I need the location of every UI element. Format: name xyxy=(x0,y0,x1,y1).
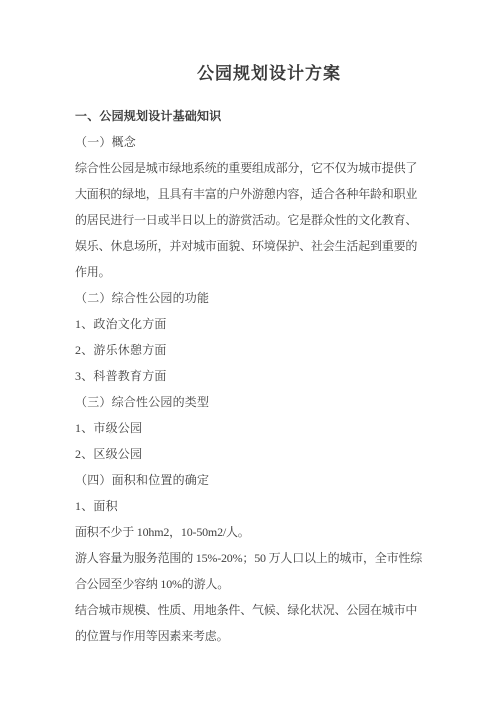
text-line: 2、区级公园 xyxy=(75,441,420,467)
text-line: 1、面积 xyxy=(75,493,420,519)
text-line: （三）综合性公园的类型 xyxy=(75,389,420,415)
text-line: （二）综合性公园的功能 xyxy=(75,285,420,311)
document-title: 公园规划设计方案 xyxy=(0,59,500,84)
text-line: 娱乐、休息场所，并对城市面貌、环境保护、社会生活起到重要的 xyxy=(75,233,420,259)
text-line: 2、游乐休憩方面 xyxy=(75,337,420,363)
text-line: 作用。 xyxy=(75,259,420,285)
text-line: 1、市级公园 xyxy=(75,415,420,441)
text-line: 大面积的绿地，且具有丰富的户外游憩内容，适合各种年龄和职业 xyxy=(75,181,420,207)
text-line: 综合性公园是城市绿地系统的重要组成部分，它不仅为城市提供了 xyxy=(75,155,420,181)
text-line: 游人容量为服务范围的 15%-20%；50 万人口以上的城市，全市性综 xyxy=(75,545,420,571)
document-content: 一、公园规划设计基础知识（一）概念综合性公园是城市绿地系统的重要组成部分，它不仅… xyxy=(75,103,420,649)
text-line: 合公园至少容纳 10%的游人。 xyxy=(75,571,420,597)
text-line: 一、公园规划设计基础知识 xyxy=(75,103,420,129)
text-line: （四）面积和位置的确定 xyxy=(75,467,420,493)
text-line: 3、科普教育方面 xyxy=(75,363,420,389)
document-page: 公园规划设计方案 一、公园规划设计基础知识（一）概念综合性公园是城市绿地系统的重… xyxy=(0,0,500,708)
text-line: （一）概念 xyxy=(75,129,420,155)
text-line: 1、政治文化方面 xyxy=(75,311,420,337)
text-line: 面积不少于 10hm2，10-50m2/人。 xyxy=(75,519,420,545)
text-line: 的居民进行一日或半日以上的游赏活动。它是群众性的文化教育、 xyxy=(75,207,420,233)
text-line: 结合城市规模、性质、用地条件、气候、绿化状况、公园在城市中 xyxy=(75,597,420,623)
text-line: 的位置与作用等因素来考虑。 xyxy=(75,623,420,649)
